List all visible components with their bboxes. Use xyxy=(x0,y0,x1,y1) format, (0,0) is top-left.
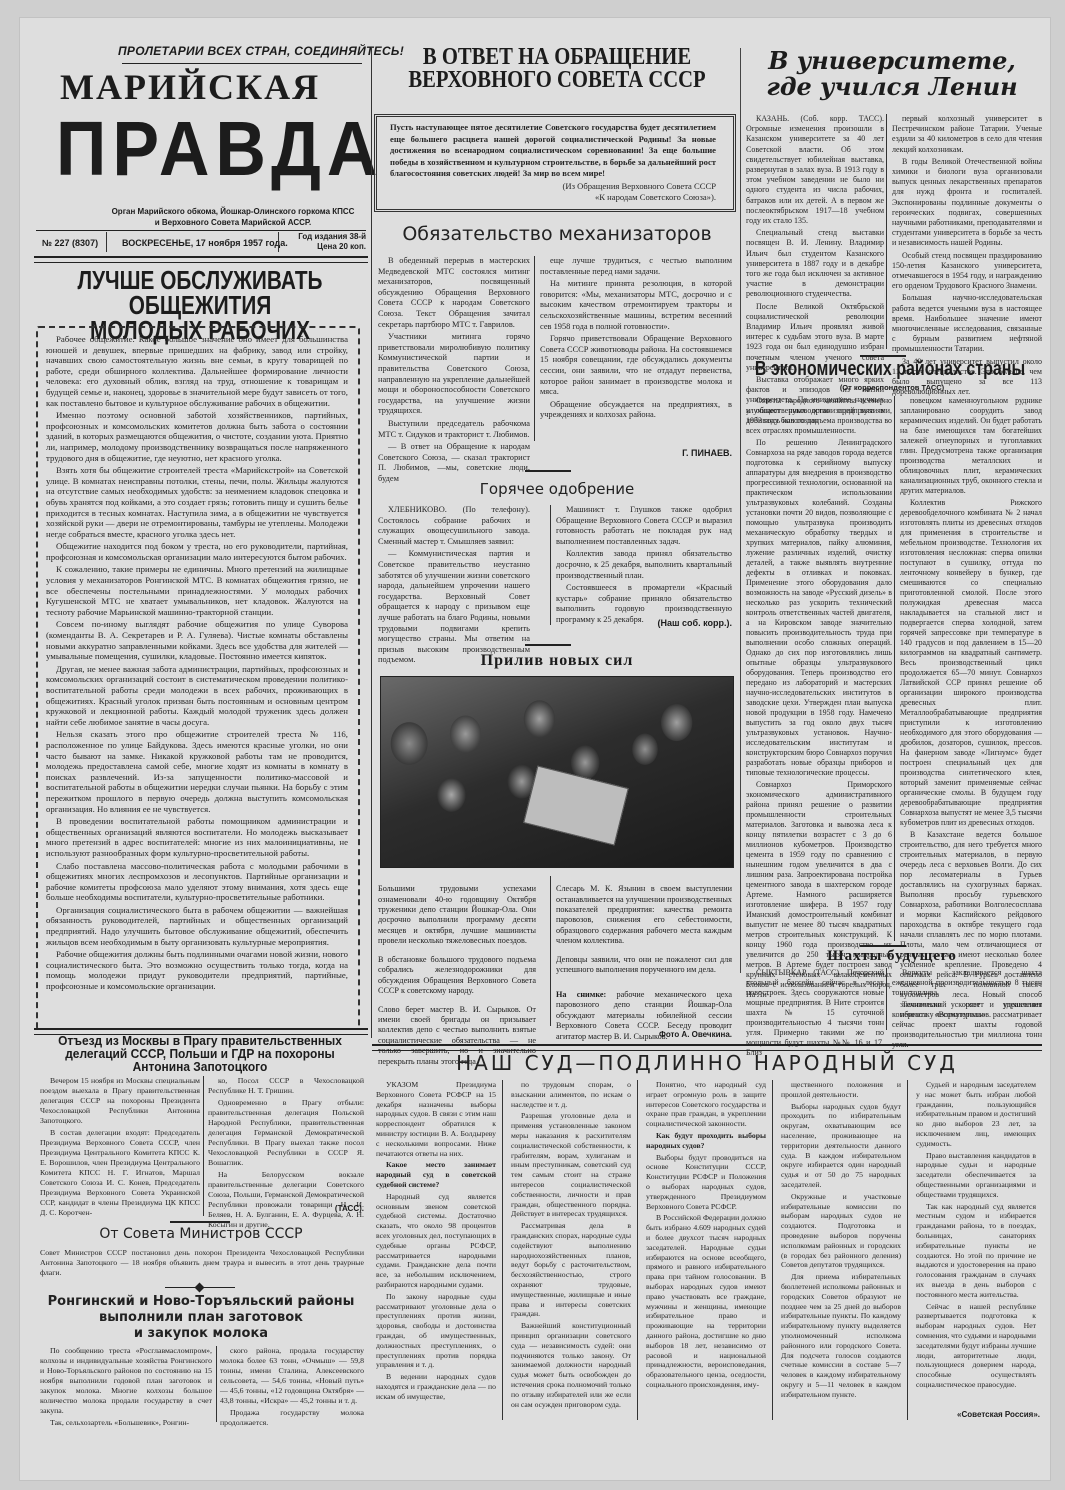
paragraph: ского района, продала государству молока… xyxy=(220,1346,364,1406)
court-signature: «Советская Россия». xyxy=(900,1410,1040,1419)
new-forces-headline: Прилив новых сил xyxy=(372,652,742,670)
paragraph: В ведении народных судов находятся и гра… xyxy=(376,1372,496,1401)
photo-workers-reading xyxy=(380,676,734,868)
source-line: «К народам Советского Союза»). xyxy=(460,192,716,203)
paragraph: — В ответ на Обращение к народам Советск… xyxy=(378,442,530,484)
paragraph: Рассматривая дела в гражданских спорах, … xyxy=(511,1221,631,1319)
paragraph: УКАЗОМ Президиума Верховного Совета РСФС… xyxy=(376,1080,496,1158)
paragraph: Слабо поставлена массово-политическая ра… xyxy=(46,861,348,903)
issue-meta: Год издания 38-й Цена 20 коп. xyxy=(284,232,366,252)
paragraph: первый колхозный университет в Пестречин… xyxy=(892,114,1042,155)
paragraph: На митинге принята резолюция, в которой … xyxy=(540,279,732,332)
council-text: Совет Министров СССР постановил день пох… xyxy=(40,1248,364,1278)
issue-number: № 227 (8307) xyxy=(42,238,98,248)
paragraph: Рабочие общежития должны быть подлинными… xyxy=(46,949,348,991)
paragraph: Большая научно-исследовательская работа … xyxy=(892,293,1042,354)
paragraph: Окружные и участковые избирательные коми… xyxy=(781,1192,901,1270)
approval-col1: ХЛЕБНИКОВО. (По телефону). Состоялось со… xyxy=(378,505,530,668)
approval-signature: (Наш соб. корр.). xyxy=(556,618,732,628)
paragraph: Сейчас в нашей республике развертывается… xyxy=(916,1302,1036,1390)
paragraph: Вечером 15 ноября из Москвы специальным … xyxy=(40,1076,200,1126)
price: Цена 20 коп. xyxy=(284,242,366,252)
paragraph: Какое место занимает народный суд в сове… xyxy=(376,1160,496,1189)
headline-line: Антонина Запотоцкого xyxy=(25,1060,375,1073)
paragraph: Организация социалистического быта в раб… xyxy=(46,905,348,947)
paragraph: Рабочее общежитие. Какое большое значени… xyxy=(46,334,348,408)
paragraph: Выборы будут проводиться на основе Конст… xyxy=(646,1153,766,1212)
economic-col2: повецком каменноугольном руднике заплани… xyxy=(900,396,1042,1022)
milk-col1: По сообщению треста «Росглавмасломпром»,… xyxy=(40,1346,212,1430)
paragraph: Продажа государству молока продолжается. xyxy=(220,1408,364,1428)
court-column: Судьей и народным заседателем у нас може… xyxy=(916,1080,1042,1420)
paragraph: Право выставления кандидатов в народные … xyxy=(916,1151,1036,1200)
economic-headline: В экономических районах страны xyxy=(754,358,1026,381)
issue-date: ВОСКРЕСЕНЬЕ, 17 ноября 1957 года. xyxy=(122,238,288,248)
paragraph: В проведении воспитательной работы помощ… xyxy=(46,816,348,858)
paragraph: В обеденный перерыв в мастерских Медведе… xyxy=(378,256,530,330)
paragraph: Понятно, что народный суд играет огромну… xyxy=(646,1080,766,1129)
masthead-organ: Орган Марийского обкома, Йошкар-Олинског… xyxy=(108,206,358,228)
newspaper-page: ПРОЛЕТАРИИ ВСЕХ СТРАН, СОЕДИНЯЙТЕСЬ! МАР… xyxy=(20,18,1050,1480)
economic-col1: Советы народного хозяйства всемерно улуч… xyxy=(746,396,892,1002)
mechanizers-headline: Обязательство механизаторов xyxy=(372,223,742,245)
headline-line: Ронгинский и Ново-Торъяльский районы xyxy=(34,1294,368,1310)
year-of-publication: Год издания 38-й xyxy=(284,232,366,242)
paragraph: Коллектив Рижского деревообделочного ком… xyxy=(900,498,1042,828)
paragraph: Специальный стенд выставки посвящен В. И… xyxy=(746,228,884,299)
paragraph: Народный суд является основным звеном со… xyxy=(376,1192,496,1290)
delegations-signature: (ТАСС). xyxy=(208,1204,364,1213)
council-headline: От Совета Министров СССР xyxy=(34,1226,368,1242)
paragraph: По закону народные суды рассматривают уг… xyxy=(376,1292,496,1370)
paragraph: Другая, не менее важная забота администр… xyxy=(46,664,348,728)
headline-line: В ОТВЕТ НА ОБРАЩЕНИЕ xyxy=(398,46,716,69)
headline-line: и закупок молока xyxy=(34,1326,368,1342)
paragraph: — Коммунистическая партия и Советское пр… xyxy=(378,549,530,666)
headline-line: В университете, xyxy=(742,48,1042,74)
paragraph: Обращение обсуждается на предприятиях, в… xyxy=(540,400,732,421)
delegations-col1: Вечером 15 ноября из Москвы специальным … xyxy=(40,1076,200,1220)
paragraph: По сообщению треста «Росглавмасломпром»,… xyxy=(40,1346,212,1416)
paragraph: Судьей и народным заседателем у нас може… xyxy=(916,1080,1036,1149)
masthead-title-line2: ПРАВДА xyxy=(56,110,383,187)
masthead-title-line1: МАРИЙСКАЯ xyxy=(60,66,320,108)
university-col2: первый колхозный университет в Пестречин… xyxy=(892,114,1042,399)
paragraph: Большими трудовыми успехами ознаменовали… xyxy=(378,884,536,946)
paragraph: Воркуты закладывается шахта ежедневной п… xyxy=(892,968,1042,998)
paragraph: Выборы народных судов будут проходить по… xyxy=(781,1102,901,1190)
headline-line: где учился Ленин xyxy=(742,74,1042,100)
headline-line: ВЕРХОВНОГО СОВЕТА СССР xyxy=(398,69,716,92)
organ-line2: и Верховного Совета Марийской АССР. xyxy=(108,217,358,228)
paragraph: Одновременно в Прагу отбыли: правительст… xyxy=(208,1098,364,1168)
court-column: УКАЗОМ Президиума Верховного Совета РСФС… xyxy=(376,1080,503,1420)
mechanizers-col2: еще лучше трудиться, с честью выполним п… xyxy=(540,256,732,423)
paragraph: щественного положения и прошлой деятельн… xyxy=(781,1080,901,1100)
milk-col2: ского района, продала государству молока… xyxy=(220,1346,364,1430)
paragraph: Горячо приветствовали Обращение Верховно… xyxy=(540,334,732,398)
paragraph: Выступили председатель рабочкома МТС т. … xyxy=(378,419,530,440)
court-column: щественного положения и прошлой деятельн… xyxy=(781,1080,908,1420)
diamond-ornament xyxy=(195,1283,205,1293)
paragraph: Взять хотя бы общежитие строителей трест… xyxy=(46,465,348,539)
paragraph: ко, Посол СССР в Чехословацкой Республик… xyxy=(208,1076,364,1096)
paragraph: В годы Великой Отечественной войны химик… xyxy=(892,157,1042,249)
paragraph: Разрешая уголовные дела и применяя устан… xyxy=(511,1111,631,1219)
paragraph: Так как народный суд является местным су… xyxy=(916,1202,1036,1300)
mechanizers-signature: Г. ПИНАЕВ. xyxy=(540,448,732,458)
paragraph: К сожалению, такие примеры не единичны. … xyxy=(46,564,348,617)
headline-line: выполнили план заготовок xyxy=(34,1310,368,1326)
photo-credit: Фото А. Овечкина. xyxy=(556,1030,732,1039)
lead-quote: Пусть наступающее пятое десятилетие Сове… xyxy=(390,122,716,180)
caption-label: На снимке: xyxy=(556,990,606,999)
paragraph: Так, сельхозартель «Большевик», Ронгин- xyxy=(40,1418,212,1428)
paragraph: По решению Ленинградского Совнархоза на … xyxy=(746,438,892,778)
economic-subhead: (От корреспондентов ТАСС) xyxy=(742,383,1042,392)
paragraph: Совсем по-иному выглядят рабочие общежит… xyxy=(46,619,348,661)
paragraph: Деповцы заявили, что они не пожалеют сил… xyxy=(556,955,732,976)
organ-line1: Орган Марийского обкома, Йошкар-Олинског… xyxy=(108,206,358,217)
paragraph: ХЛЕБНИКОВО. (По телефону). Состоялось со… xyxy=(378,505,530,547)
paragraph: Как будут проходить выборы народных судо… xyxy=(646,1131,766,1151)
mines-col2: Воркуты закладывается шахта ежедневной п… xyxy=(892,968,1042,1052)
delegations-headline: Отъезд из Москвы в Прагу правительственн… xyxy=(25,1034,375,1073)
mechanizers-col1: В обеденный перерыв в мастерских Медведе… xyxy=(378,256,530,486)
masthead-slogan: ПРОЛЕТАРИИ ВСЕХ СТРАН, СОЕДИНЯЙТЕСЬ! xyxy=(118,44,404,58)
court-column: по трудовым спорам, о взыскании алименто… xyxy=(511,1080,638,1420)
paragraph: Коллектив завода принял обязательство до… xyxy=(556,549,732,581)
mines-headline: Шахты будущего xyxy=(742,948,1042,965)
approval-col2: Машинист т. Глушков также одобрил Обраще… xyxy=(556,505,732,628)
court-headline: НАШ СУД—ПОДЛИННО НАРОДНЫЙ СУД xyxy=(372,1051,1042,1075)
paragraph: Совнархоз Приморского экономического адм… xyxy=(746,780,892,1000)
lead-source: (Из Обращения Верховного Совета СССР «К … xyxy=(460,181,716,203)
paragraph: повецком каменноугольном руднике заплани… xyxy=(900,396,1042,496)
paragraph: Советы народного хозяйства всемерно улуч… xyxy=(746,396,892,436)
paragraph: В Российской Федерации должно быть избра… xyxy=(646,1213,766,1389)
paragraph: Нельзя сказать этого про общежитие строи… xyxy=(46,729,348,814)
paragraph: На Белорусском вокзале правительственные… xyxy=(208,1170,364,1230)
paragraph: Для приема избирательных бюллетеней испо… xyxy=(781,1272,901,1399)
paragraph: Общежитие находится под боком у треста, … xyxy=(46,541,348,562)
paragraph: В состав делегации входят: Председатель … xyxy=(40,1128,200,1218)
court-columns: УКАЗОМ Президиума Верховного Совета РСФС… xyxy=(376,1080,1042,1420)
paragraph: Машинист т. Глушков также одобрил Обраще… xyxy=(556,505,732,547)
paragraph: Участники митинга горячо приветствовали … xyxy=(378,332,530,417)
new-forces-col2: Слесарь М. К. Язынин в своем выступлении… xyxy=(556,876,732,984)
paragraph: Именно поэтому основной заботой хозяйств… xyxy=(46,410,348,463)
headline-line: ЛУЧШЕ ОБСЛУЖИВАТЬ ОБЩЕЖИТИЯ xyxy=(46,268,353,318)
lead-headline: В ОТВЕТ НА ОБРАЩЕНИЕ ВЕРХОВНОГО СОВЕТА С… xyxy=(398,46,716,92)
paragraph: Технический совет управления комбината «… xyxy=(892,1000,1042,1050)
paragraph: Важнейший конституционный принцип органи… xyxy=(511,1321,631,1409)
source-line: (Из Обращения Верховного Совета СССР xyxy=(460,181,716,192)
milk-headline: Ронгинский и Ново-Торъяльский районы вып… xyxy=(34,1294,368,1342)
paragraph: Слесарь М. К. Язынин в своем выступлении… xyxy=(556,884,732,946)
paragraph: по трудовым спорам, о взыскании алименто… xyxy=(511,1080,631,1109)
approval-headline: Горячее одобрение xyxy=(372,480,742,498)
paragraph: КАЗАНЬ. (Соб. корр. ТАСС). Огромные изме… xyxy=(746,114,884,226)
university-headline: В университете, где учился Ленин xyxy=(742,48,1042,100)
paragraph: Особый стенд посвящен праздированию 150-… xyxy=(892,251,1042,292)
court-column: Понятно, что народный суд играет огромну… xyxy=(646,1080,773,1420)
paragraph: В обстановке большого трудового подъема … xyxy=(378,955,536,997)
dormitories-body: Рабочее общежитие. Какое большое значени… xyxy=(46,334,348,994)
paragraph: еще лучше трудиться, с честью выполним п… xyxy=(540,256,732,277)
